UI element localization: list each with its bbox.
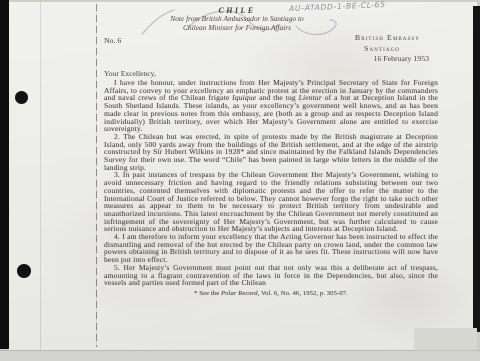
paper-fold-line xyxy=(40,2,41,350)
heading-subtitle-line2: Chilean Minister for Foreign Affairs xyxy=(92,24,382,33)
punch-hole-top xyxy=(15,91,28,104)
salutation: Your Excellency, xyxy=(104,69,156,78)
document-heading: CHILE Note from British Ambassador in Sa… xyxy=(92,6,382,32)
page-edge-line xyxy=(96,4,97,347)
body-paragraph-4: 4. I am therefore to inform your excelle… xyxy=(104,233,438,264)
note-number: No. 6 xyxy=(104,36,121,45)
page-corner-shadow xyxy=(414,328,477,351)
scan-edge-left xyxy=(0,0,9,349)
embassy-name: British Embassy xyxy=(355,33,429,44)
scan-bottom-strip xyxy=(0,350,480,361)
letterhead: British Embassy Santiago 16 February 195… xyxy=(355,33,429,65)
footnote: * See the Polar Record, Vol. 6, No. 46, … xyxy=(104,290,438,298)
scanned-document: AU-ATADD-1-BE-CL-65 CHILE Note from Brit… xyxy=(0,0,480,361)
scan-edge-right xyxy=(473,6,480,332)
body-paragraph-1: I have the honour, under instructions fr… xyxy=(104,79,438,133)
punch-hole-bottom xyxy=(17,264,31,278)
letter-date: 16 February 1953 xyxy=(355,54,429,65)
letter-body: I have the honour, under instructions fr… xyxy=(104,79,438,298)
body-paragraph-2: 2. The Chilean hut was erected, in spite… xyxy=(104,133,438,172)
body-paragraph-3: 3. In past instances of trespass by the … xyxy=(104,171,438,233)
body-paragraph-5: 5. Her Majesty’s Government must point o… xyxy=(104,264,438,287)
embassy-city: Santiago xyxy=(355,44,429,55)
